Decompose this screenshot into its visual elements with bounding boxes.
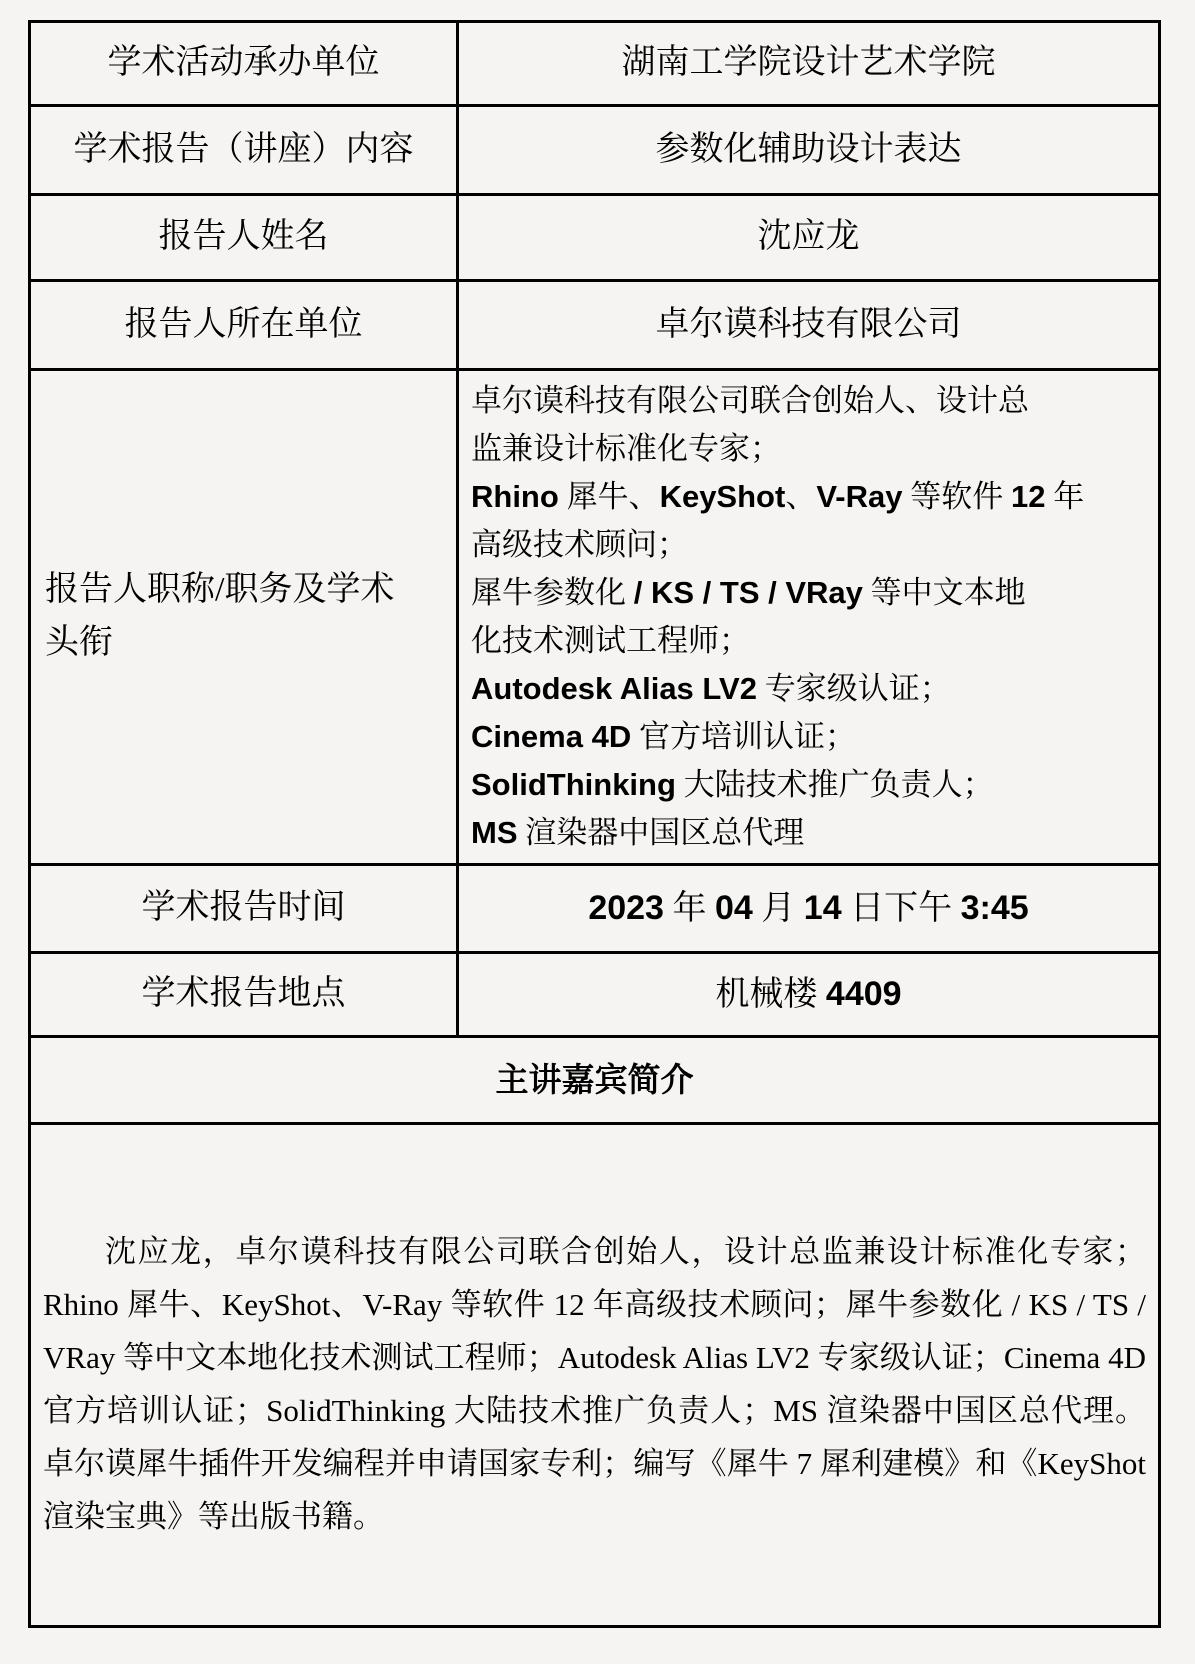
speaker-title-value: 卓尔谟科技有限公司联合创始人、设计总监兼设计标准化专家；Rhino 犀牛、Key… xyxy=(458,370,1160,865)
table-row: 报告人所在单位 卓尔谟科技有限公司 xyxy=(30,281,1160,370)
lecture-time-value: 2023 年 04 月 14 日下午 3:45 xyxy=(458,865,1160,953)
speaker-unit-label: 报告人所在单位 xyxy=(30,281,458,370)
table-row: 学术报告地点 机械楼 4409 xyxy=(30,953,1160,1037)
table-row: 报告人职称/职务及学术头衔 卓尔谟科技有限公司联合创始人、设计总监兼设计标准化专… xyxy=(30,370,1160,865)
lecture-content-value: 参数化辅助设计表达 xyxy=(458,106,1160,195)
lecture-location-label: 学术报告地点 xyxy=(30,953,458,1037)
page: { "colors": { "page_bg": "#f5f4f2", "bor… xyxy=(0,0,1195,1664)
table-row: 学术报告时间 2023 年 04 月 14 日下午 3:45 xyxy=(30,865,1160,953)
table-row: 学术活动承办单位 湖南工学院设计艺术学院 xyxy=(30,22,1160,106)
table-row: 报告人姓名 沈应龙 xyxy=(30,195,1160,281)
lecture-content-label: 学术报告（讲座）内容 xyxy=(30,106,458,195)
speaker-name-value: 沈应龙 xyxy=(458,195,1160,281)
speaker-title-label: 报告人职称/职务及学术头衔 xyxy=(30,370,458,865)
table-row: 学术报告（讲座）内容 参数化辅助设计表达 xyxy=(30,106,1160,195)
guest-bio-cell: 沈应龙，卓尔谟科技有限公司联合创始人，设计总监兼设计标准化专家；Rhino 犀牛… xyxy=(30,1124,1160,1627)
guest-intro-section-header: 主讲嘉宾简介 xyxy=(30,1037,1160,1124)
speaker-name-label: 报告人姓名 xyxy=(30,195,458,281)
host-unit-label: 学术活动承办单位 xyxy=(30,22,458,106)
speaker-unit-value: 卓尔谟科技有限公司 xyxy=(458,281,1160,370)
guest-bio-paragraph: 沈应龙，卓尔谟科技有限公司联合创始人，设计总监兼设计标准化专家；Rhino 犀牛… xyxy=(43,1225,1146,1543)
lecture-location-value: 机械楼 4409 xyxy=(458,953,1160,1037)
table-row: 沈应龙，卓尔谟科技有限公司联合创始人，设计总监兼设计标准化专家；Rhino 犀牛… xyxy=(30,1124,1160,1627)
lecture-info-table: 学术活动承办单位 湖南工学院设计艺术学院 学术报告（讲座）内容 参数化辅助设计表… xyxy=(28,20,1161,1628)
table-row: 主讲嘉宾简介 xyxy=(30,1037,1160,1124)
lecture-time-label: 学术报告时间 xyxy=(30,865,458,953)
host-unit-value: 湖南工学院设计艺术学院 xyxy=(458,22,1160,106)
